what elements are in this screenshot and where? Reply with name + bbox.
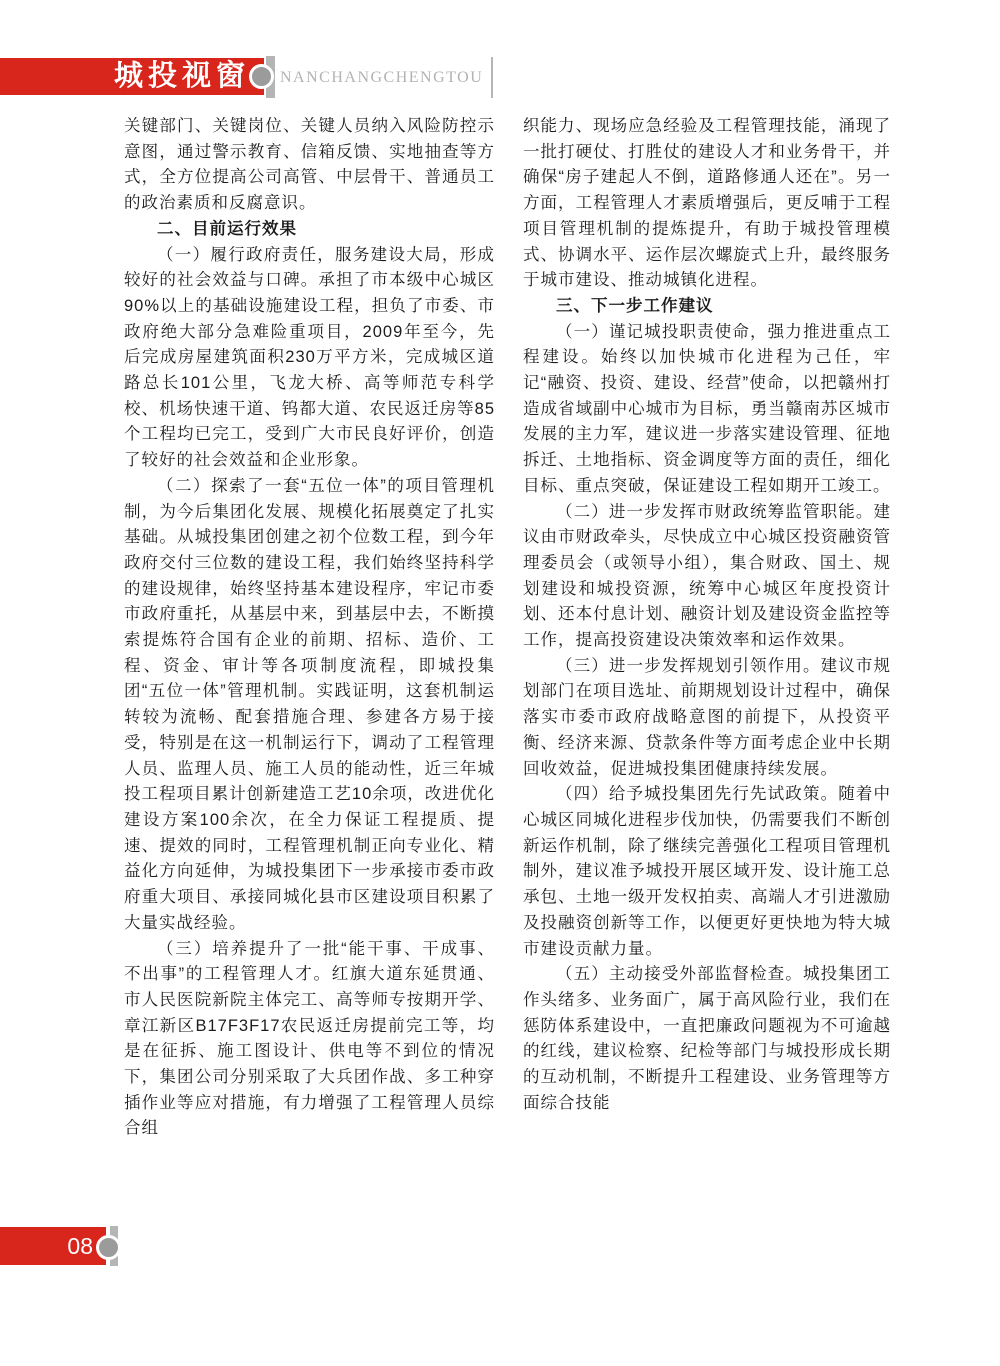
paragraph: （二）探索了一套“五位一体”的项目管理机制，为今后集团化发展、规模化拓展奠定了扎… <box>124 474 495 937</box>
paragraph: （五）主动接受外部监督检查。城投集团工作头绪多、业务面广，属于高风险行业，我们在… <box>523 962 891 1116</box>
paragraph: （一）履行政府责任，服务建设大局，形成较好的社会效益与口碑。承担了市本级中心城区… <box>124 243 495 474</box>
right-column: 织能力、现场应急经验及工程管理技能，涌现了一批打硬仗、打胜仗的建设人才和业务骨干… <box>523 114 891 1116</box>
paragraph: （一）谨记城投职责使命，强力推进重点工程建设。始终以加快城市化进程为己任，牢记“… <box>523 320 891 500</box>
paragraph: 关键部门、关键岗位、关键人员纳入风险防控示意图，通过警示教育、信箱反馈、实地抽查… <box>124 114 495 217</box>
circle-dot-icon <box>96 1235 121 1260</box>
circle-dot-icon <box>249 64 274 89</box>
paragraph: （四）给予城投集团先行先试政策。随着中心城区同城化进程步伐加快，仍需要我们不断创… <box>523 782 891 962</box>
page-number-band: 08 <box>0 1227 106 1265</box>
section-heading: 三、下一步工作建议 <box>523 294 891 320</box>
paragraph: （三）进一步发挥规划引领作用。建议市规划部门在项目选址、前期规划设计过程中，确保… <box>523 654 891 783</box>
header-subtitle-block: NANCHANGCHENGTOU <box>280 57 493 98</box>
section-heading: 二、目前运行效果 <box>124 217 495 243</box>
paragraph: 织能力、现场应急经验及工程管理技能，涌现了一批打硬仗、打胜仗的建设人才和业务骨干… <box>523 114 891 294</box>
magazine-title: 城投视窗 <box>114 62 250 91</box>
paragraph: （二）进一步发挥市财政统筹监管职能。建议由市财政牵头，尽快成立中心城区投资融资管… <box>523 500 891 654</box>
brand-band: 城投视窗 <box>0 58 264 95</box>
paragraph: （三）培养提升了一批“能干事、干成事、不出事”的工程管理人才。红旗大道东延贯通、… <box>124 937 495 1143</box>
page-number: 08 <box>67 1235 93 1258</box>
left-column: 关键部门、关键岗位、关键人员纳入风险防控示意图，通过警示教育、信箱反馈、实地抽查… <box>124 114 495 1142</box>
magazine-subtitle: NANCHANGCHENGTOU <box>280 69 483 87</box>
